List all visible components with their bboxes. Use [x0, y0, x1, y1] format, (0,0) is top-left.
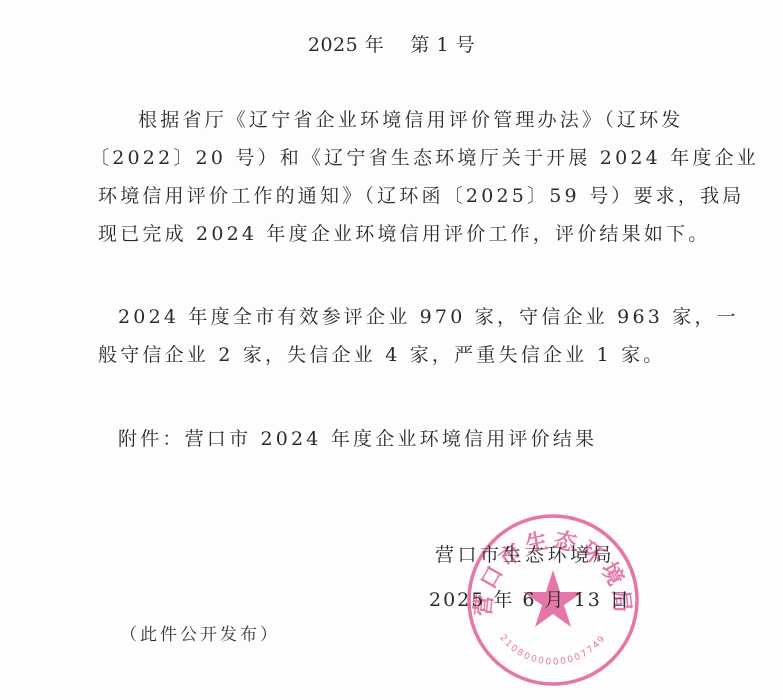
paragraph-line: 环境信用评价工作的通知》（辽环函〔2025〕59 号）要求，我局: [98, 177, 640, 215]
issuing-organization: 营口市生态环境局: [435, 540, 615, 567]
attachment-line: 附件：营口市 2024 年度企业环境信用评价结果: [98, 420, 640, 458]
paragraph-line: 2024 年度全市有效参评企业 970 家，守信企业 963 家，一: [98, 298, 640, 336]
public-release-note: （此件公开发布）: [120, 620, 280, 645]
svg-text:2108000000007749: 2108000000007749: [497, 633, 608, 668]
paragraph-line: 〔2022〕20 号）和《辽宁省生态环境厅关于开展 2024 年度企业: [90, 139, 640, 177]
document-page: 2025 年 第 1 号 根据省厅《辽宁省企业环境信用评价管理办法》（辽环发 〔…: [0, 0, 783, 700]
attachment-text: 附件：营口市 2024 年度企业环境信用评价结果: [118, 428, 597, 450]
paragraph-line: 般守信企业 2 家，失信企业 4 家，严重失信企业 1 家。: [98, 336, 640, 374]
paragraph-statistics: 2024 年度全市有效参评企业 970 家，守信企业 963 家，一 般守信企业…: [98, 298, 640, 374]
issue-date: 2025 年 6 月 13 日: [429, 585, 631, 612]
paragraph-line: 现已完成 2024 年度企业环境信用评价工作，评价结果如下。: [98, 215, 640, 253]
paragraph-basis: 根据省厅《辽宁省企业环境信用评价管理办法》（辽环发 〔2022〕20 号）和《辽…: [98, 101, 640, 253]
paragraph-line: 根据省厅《辽宁省企业环境信用评价管理办法》（辽环发: [98, 101, 640, 139]
document-number: 2025 年 第 1 号: [0, 30, 783, 57]
